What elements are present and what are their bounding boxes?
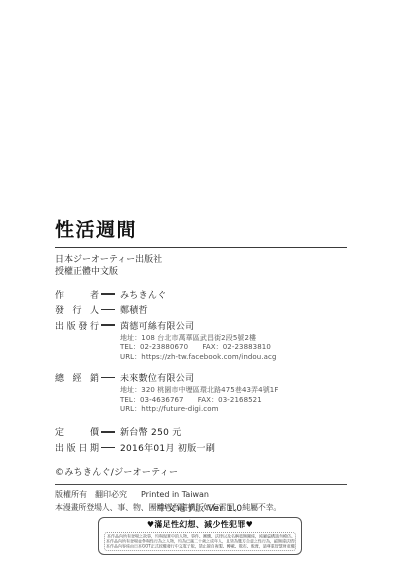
row-value: みちきんぐ <box>120 288 167 301</box>
row-publish-date: 出版日期 2016年01月 初版一刷 <box>55 441 347 454</box>
dash-rule <box>101 377 115 378</box>
rights-line: 版權所有 翻印必究Printed in Taiwan <box>55 489 347 500</box>
row-label: 作者 <box>55 288 99 301</box>
colophon-rows: 作者 みちきんぐ 發行人 鄭積哲 出版發行 茵德可絲有限公司 地址：108 台北… <box>55 288 347 454</box>
printed-in: Printed in Taiwan <box>141 490 209 499</box>
colophon-page: 性活週間 日本ジーオーティー出版社 授權正體中文版 作者 みちきんぐ 發行人 鄭… <box>0 0 400 561</box>
ebook-footer: 中文電子版 Ver 1.0 ♥滿足性幻想、減少性犯罪♥ 本作品內所有登場之故事，… <box>0 501 400 555</box>
row-label: 定價 <box>55 425 99 438</box>
colophon-block: 性活週間 日本ジーオーティー出版社 授權正體中文版 作者 みちきんぐ 發行人 鄭… <box>55 220 347 513</box>
dash-rule <box>101 309 115 310</box>
distributor-tel-fax: TEL：03-4636767 FAX：03-2168521 <box>120 396 347 405</box>
distributor-address: 地址：320 桃園市中壢區環北路475巷43弄4號1F <box>120 386 347 395</box>
license-note: 授權正體中文版 <box>55 267 347 279</box>
fineprint-line: 本作品內所有登場之故事，均與現實中的人物、事件、團體、法律以及名稱毫無關係，純屬… <box>106 534 296 539</box>
row-value: 鄭積哲 <box>120 303 148 316</box>
license-block: 日本ジーオーティー出版社 授權正體中文版 <box>55 255 347 279</box>
row-value: 未來數位有限公司 <box>120 371 194 384</box>
fineprint-line: 本作品內所有登場並參與性行為之人物，均為已滿二十歲之成年人，且皆為雙方合意之性行… <box>106 539 296 544</box>
row-label: 出版日期 <box>55 441 99 454</box>
row-author: 作者 みちきんぐ <box>55 288 347 301</box>
original-publisher: 日本ジーオーティー出版社 <box>55 255 347 267</box>
row-distributor: 總經銷 未來數位有限公司 <box>55 371 347 384</box>
row-label: 出版發行 <box>55 319 99 332</box>
fineprint-text: 本作品內所有登場之故事，均與現實中的人物、事件、團體、法律以及名稱毫無關係，純屬… <box>106 534 296 549</box>
slogan-line: ♥滿足性幻想、減少性犯罪♥ <box>104 520 296 530</box>
row-issuer: 發行人 鄭積哲 <box>55 303 347 316</box>
dash-rule <box>101 431 115 432</box>
edition-version: 中文電子版 Ver 1.0 <box>0 501 400 514</box>
book-title: 性活週間 <box>55 220 347 242</box>
distributor-details: 地址：320 桃園市中壢區環北路475巷43弄4號1F TEL：03-46367… <box>120 386 347 414</box>
distributor-url: URL：http://future-digi.com <box>120 405 347 414</box>
row-value: 新台幣 250 元 <box>120 425 182 438</box>
publisher-details: 地址：108 台北市萬華區武昌街2段5號2樓 TEL：02-23880670 F… <box>120 334 347 362</box>
dash-rule <box>101 447 115 448</box>
dash-rule <box>101 293 115 294</box>
row-value: 2016年01月 初版一刷 <box>120 441 215 454</box>
row-publisher: 出版發行 茵德可絲有限公司 <box>55 319 347 332</box>
fineprint-frame: 本作品內所有登場之故事，均與現實中的人物、事件、團體、法律以及名稱毫無關係，純屬… <box>104 532 296 551</box>
row-label: 總經銷 <box>55 371 99 384</box>
row-value: 茵德可絲有限公司 <box>120 319 194 332</box>
row-label: 發行人 <box>55 303 99 316</box>
copyright-line: ©みちきんぐ/ジーオーティー <box>55 465 347 478</box>
title-divider <box>55 247 347 248</box>
notice-box: ♥滿足性幻想、減少性犯罪♥ 本作品內所有登場之故事，均與現實中的人物、事件、團體… <box>98 517 302 555</box>
footer-divider <box>55 484 347 485</box>
fineprint-line: 本作品內容係由日本GOT正式授權發行中文電子版，禁止擅自複製、轉載、散布、販賣，… <box>106 544 296 549</box>
dash-rule <box>101 324 115 325</box>
publisher-url: URL：https://zh-tw.facebook.com/indou.acg <box>120 353 347 362</box>
publisher-address: 地址：108 台北市萬華區武昌街2段5號2樓 <box>120 334 347 343</box>
rights-notice: 版權所有 翻印必究 <box>55 490 127 499</box>
publisher-tel-fax: TEL：02-23880670 FAX：02-23883810 <box>120 343 347 352</box>
row-price: 定價 新台幣 250 元 <box>55 425 347 438</box>
